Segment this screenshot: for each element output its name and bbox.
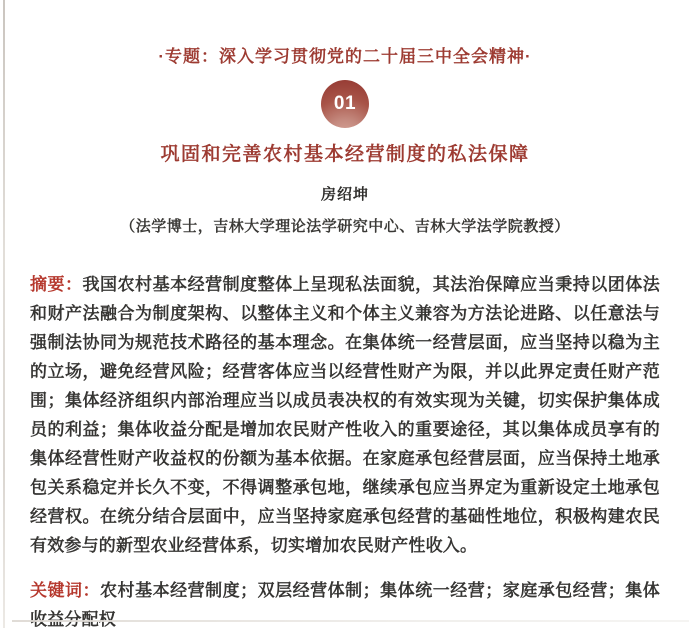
abstract-paragraph: 摘要：我国农村基本经营制度整体上呈现私法面貌，其法治保障应当秉持以团体法和财产法… (30, 270, 660, 560)
author-name: 房绍坤 (30, 183, 660, 204)
article-title: 巩固和完善农村基本经营制度的私法保障 (30, 139, 660, 166)
scan-edge-left (3, 0, 5, 628)
abstract-text: 我国农村基本经营制度整体上呈现私法面貌，其法治保障应当秉持以团体法和财产法融合为… (30, 275, 660, 555)
topic-header: ·专题：深入学习贯彻党的二十届三中全会精神· (30, 42, 660, 67)
issue-badge-wrap: 01 (30, 80, 660, 128)
scan-edge-bottom (12, 620, 689, 622)
issue-number-badge: 01 (321, 80, 369, 128)
abstract-label: 摘要： (30, 275, 83, 294)
author-affiliation: （法学博士，吉林大学理论法学研究中心、吉林大学法学院教授） (30, 215, 660, 236)
keywords-label: 关键词： (30, 581, 100, 600)
journal-article-page: ·专题：深入学习贯彻党的二十届三中全会精神· 01 巩固和完善农村基本经营制度的… (0, 0, 689, 628)
